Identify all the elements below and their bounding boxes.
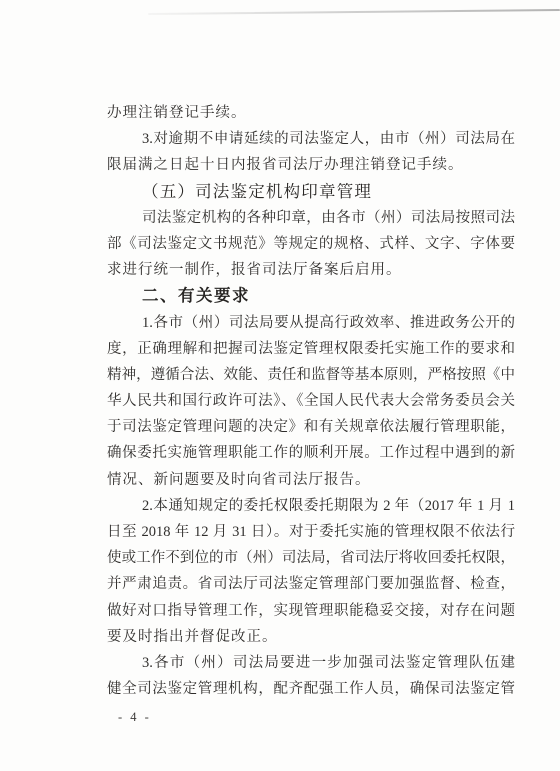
text-line: 度，正确理解和把握司法鉴定管理权限委托实施工作的要求和	[107, 336, 515, 362]
text-line: 于司法鉴定管理问题的决定》和有关规章依法履行管理职能，	[107, 414, 515, 440]
text-line: 司法鉴定机构的各种印章，由各市（州）司法局按照司法	[107, 205, 515, 231]
page-number: - 4 -	[118, 710, 151, 725]
text-line: 健全司法鉴定管理机构，配齐配强工作人员，确保司法鉴定管	[107, 676, 515, 702]
scan-artifact-line	[148, 9, 560, 15]
text-line: 二、有关要求	[107, 283, 515, 309]
text-line: 要及时指出并督促改正。	[107, 624, 515, 650]
text-line: 日至 2018 年 12 月 31 日）。对于委托实施的管理权限不依法行	[107, 519, 515, 545]
document-page: 办理注销登记手续。 3.对逾期不申请延续的司法鉴定人，由市（州）司法局在期 限届…	[0, 0, 560, 771]
text-line: 1.各市（州）司法局要从提高行政效率、推进政务公开的角	[107, 310, 515, 336]
text-line: 部《司法鉴定文书规范》等规定的规格、式样、文字、字体要	[107, 231, 515, 257]
text-line: 使或工作不到位的市（州）司法局，省司法厅将收回委托权限，	[107, 545, 515, 571]
text-line: 办理注销登记手续。	[107, 100, 515, 126]
text-line: 确保委托实施管理职能工作的顺利开展。工作过程中遇到的新	[107, 440, 515, 466]
text-line: 精神，遵循合法、效能、责任和监督等基本原则，严格按照《中	[107, 362, 515, 388]
text-line: 情况、新问题要及时向省司法厅报告。	[107, 467, 515, 493]
text-line: 3.对逾期不申请延续的司法鉴定人，由市（州）司法局在期	[107, 126, 515, 152]
text-line: 做好对口指导管理工作，实现管理职能稳妥交接，对存在问题	[107, 598, 515, 624]
text-line: 并严肃追责。省司法厅司法鉴定管理部门要加强监督、检查，	[107, 571, 515, 597]
text-line: 限届满之日起十日内报省司法厅办理注销登记手续。	[107, 152, 515, 178]
text-line: 3.各市（州）司法局要进一步加强司法鉴定管理队伍建设，	[107, 650, 515, 676]
text-line: 求进行统一制作，报省司法厅备案后启用。	[107, 257, 515, 283]
document-body: 办理注销登记手续。 3.对逾期不申请延续的司法鉴定人，由市（州）司法局在期 限届…	[107, 100, 515, 702]
text-line: 2.本通知规定的委托权限委托期限为 2 年（2017 年 1 月 1	[107, 493, 515, 519]
text-line: （五）司法鉴定机构印章管理	[107, 179, 515, 205]
text-line: 华人民共和国行政许可法》、《全国人民代表大会常务委员会关	[107, 388, 515, 414]
